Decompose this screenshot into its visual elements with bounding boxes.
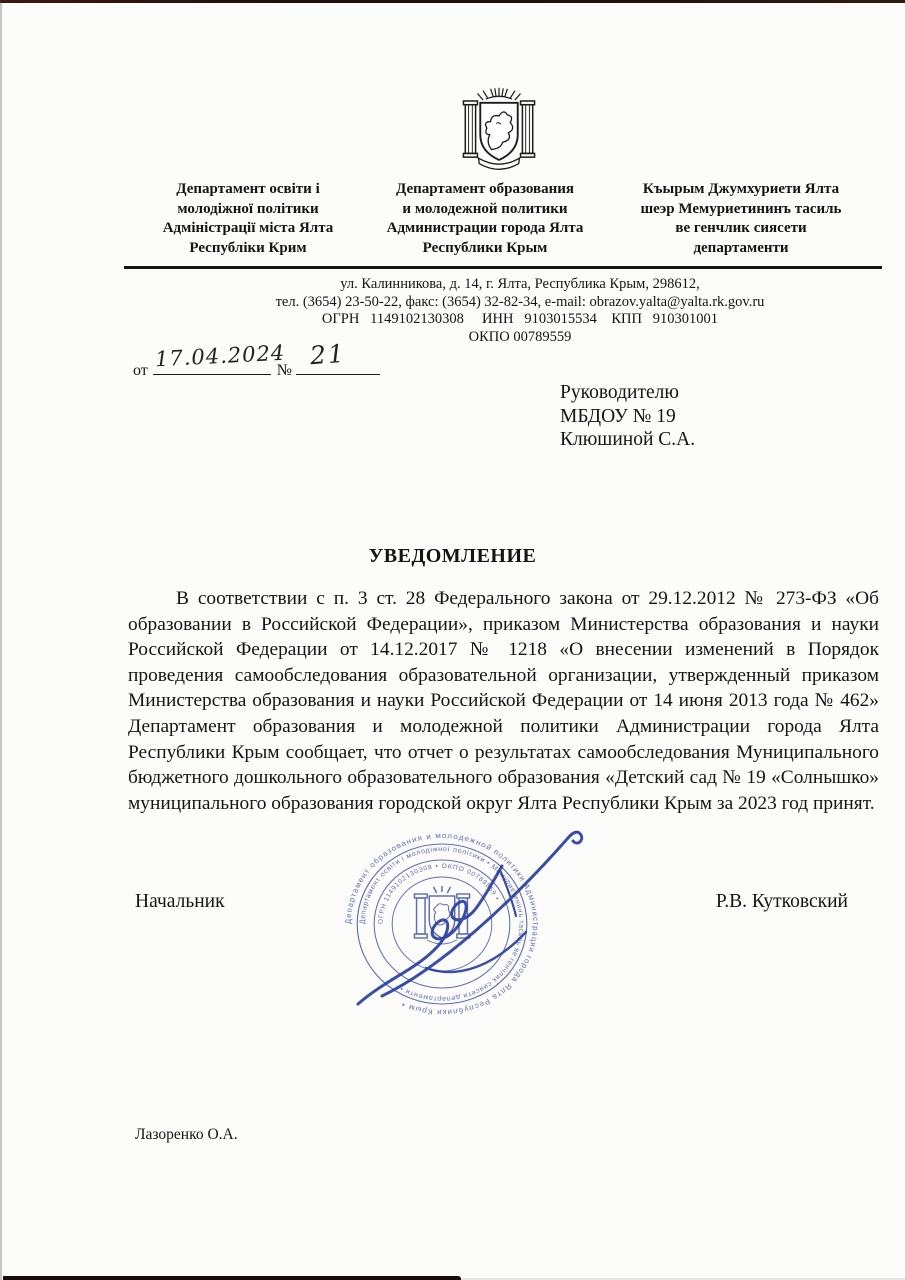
document-title: УВЕДОМЛЕНИЕ [0,545,905,568]
executor-name: Лазоренко О.А. [135,1126,238,1144]
letterhead-ukrainian: Департамент освіти і молодіжної політики… [126,180,370,258]
recipient-block: Руководителю МБДОУ № 19 Клюшиной С.А. [560,381,695,452]
header-divider-line [124,266,882,269]
handwritten-signature [330,808,610,1040]
signer-position: Начальник [135,891,225,913]
contact-block: ул. Калинникова, д. 14, г. Ялта, Республ… [140,276,900,346]
from-label: от [133,362,148,379]
scan-edge-left [0,0,2,1280]
crimea-coat-of-arms-icon [452,86,546,174]
letterhead-russian: Департамент образования и молодежной пол… [366,180,604,258]
handwritten-number: 21 [309,339,347,370]
date-underline: 17.04.2024 [153,352,271,375]
signer-name: Р.В. Кутковский [716,891,848,913]
scan-edge-bottom [3,1276,461,1280]
scanned-letter-page: Департамент освіти і молодіжної політики… [0,0,905,1280]
reference-line: от17.04.2024№21 [133,352,380,392]
letterhead-crimean-tatar: Къырым Джумхуриети Ялта шеэр Мемуриетини… [610,180,872,258]
number-underline: 21 [296,352,380,375]
body-paragraph: В соответствии с п. 3 ст. 28 Федеральног… [128,586,879,816]
scan-edge-top [0,0,905,3]
